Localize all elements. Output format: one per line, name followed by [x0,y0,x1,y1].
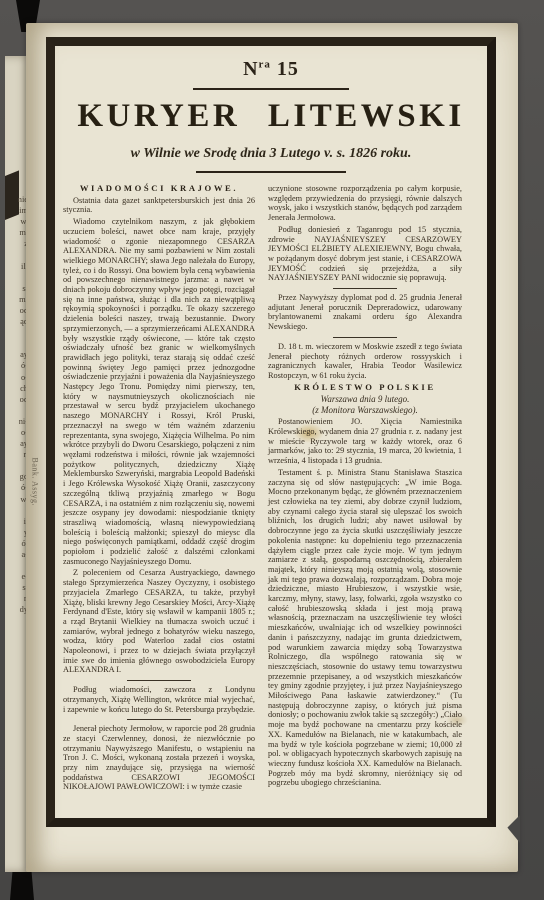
adjacent-line-fragment [5,327,28,338]
section-heading: WIADOMOŚCI KRAJOWE. [63,184,255,194]
paragraph: Wiadomo czytelnikom naszym, z jak głębok… [63,217,255,566]
paragraph: Postanowieniem JO. Xięcia Namiestnika Kr… [268,417,462,466]
adjacent-line-fragment: ó- [5,360,28,371]
adjacent-line-fragment: go [5,471,28,482]
paragraph: Ostatnia data gazet sanktpetersburskich … [63,196,255,215]
adjacent-line-fragment [5,272,28,283]
adjacent-line-fragment: r, [5,449,28,460]
newspaper-title: KURYER LITEWSKI [63,98,479,135]
adjacent-line-fragment: ay [5,438,28,449]
paragraph: Podług wiadomości, zawczora z Londynu ot… [63,685,255,714]
section-divider [127,680,191,681]
text-columns: WIADOMOŚCI KRAJOWE.Ostatnia data gazet s… [63,182,479,792]
paragraph: Testament ś. p. Ministra Stanu Stanisław… [268,468,462,788]
section-subheading: Warszawa dnia 9 lutego. [268,394,462,405]
adjacent-line-fragment: nie [5,194,28,205]
paper-tear [506,815,520,843]
adjacent-line-fragment: ó- [5,482,28,493]
adjacent-line-fragment [5,405,28,416]
column-left: WIADOMOŚCI KRAJOWE.Ostatnia data gazet s… [63,182,255,792]
adjacent-line-fragment: w. [5,494,28,505]
newspaper-page: Bank. Assyg. Nra 15 KURYER LITEWSKI w Wi… [26,23,518,872]
adjacent-text-fragments: nieimw,m,z ili stmiodąd ayó-o-chod ni-o-… [5,194,28,616]
masthead-dateline: w Wilnie we Srodę dnia 3 Lutego v. s. 18… [63,146,479,162]
paragraph: uczynione stosowne rozporządzenia po cał… [268,184,462,223]
adjacent-line-fragment: ay [5,349,28,360]
adjacent-line-fragment: ót [5,538,28,549]
adjacent-line-fragment [5,249,28,260]
adjacent-line-fragment: e- [5,571,28,582]
adjacent-line-fragment: ch [5,383,28,394]
section-heading: KRÓLESTWO POLSKIE [268,383,462,393]
adjacent-line-fragment: m, [5,227,28,238]
issue-prefix: N [243,58,258,80]
adjacent-line-fragment: a- [5,549,28,560]
adjacent-line-fragment: dy [5,604,28,615]
adjacent-line-fragment: im [5,205,28,216]
section-subheading: (z Monitora Warszawskiego). [268,405,462,416]
paragraph: D. 18 t. m. wieczorem w Moskwie zszedł z… [268,342,462,381]
adjacent-line-fragment: ili [5,261,28,272]
adjacent-line-fragment: o- [5,372,28,383]
adjacent-line-fragment: ni- [5,416,28,427]
section-divider [333,288,397,289]
adjacent-line-fragment: mi [5,294,28,305]
adjacent-line-fragment [5,460,28,471]
paragraph: Podług doniesień z Taganrogu pod 15 styc… [268,225,462,283]
adjacent-line-fragment [5,560,28,571]
paragraph: Jenerał piechoty Jermołow, w raporcie po… [63,724,255,792]
issue-superscript: ra [259,58,271,70]
issue-value: 15 [277,58,299,80]
adjacent-line-fragment: i, [5,516,28,527]
adjacent-line-fragment: z [5,238,28,249]
section-divider [127,719,191,720]
section-divider [333,337,397,338]
adjacent-line-fragment: n [5,593,28,604]
adjacent-line-fragment: st [5,582,28,593]
adjacent-line-fragment [5,338,28,349]
paragraph: Z poleceniem od Cesarza Austryackiego, d… [63,568,255,675]
adjacent-line-fragment: od [5,394,28,405]
margin-vertical-note: Bank. Assyg. [31,458,40,518]
scan-background: nieimw,m,z ili stmiodąd ayó-o-chod ni-o-… [0,0,544,900]
masthead: Nra 15 KURYER LITEWSKI w Wilnie we Srodę… [63,58,479,173]
column-right: uczynione stosowne rozporządzenia po cał… [268,182,462,792]
decorative-frame: Nra 15 KURYER LITEWSKI w Wilnie we Srodę… [46,37,496,827]
adjacent-line-fragment: ąd [5,316,28,327]
adjacent-line-fragment: st [5,283,28,294]
masthead-rule [193,88,349,90]
adjacent-line-fragment: od [5,305,28,316]
masthead-rule [196,171,346,173]
adjacent-line-fragment: y [5,527,28,538]
adjacent-line-fragment [5,505,28,516]
adjacent-line-fragment: o- [5,427,28,438]
adjacent-line-fragment: w, [5,216,28,227]
issue-number: Nra 15 [63,58,479,81]
paragraph: Przez Naywyższy dyplomat pod d. 25 grudn… [268,293,462,332]
